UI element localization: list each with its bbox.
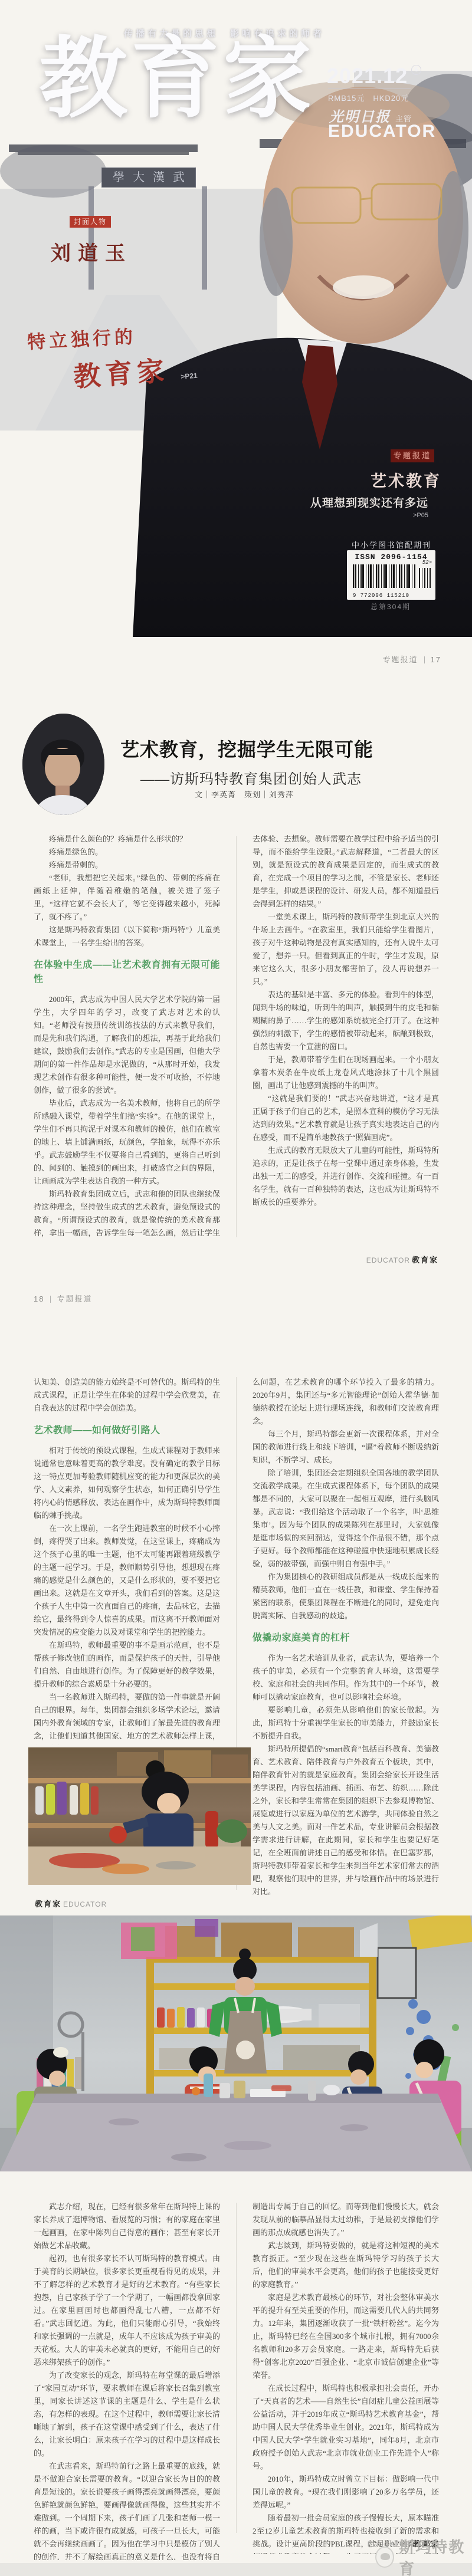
watermark: 斯玛特教育 bbox=[375, 2545, 472, 2569]
paragraph: 在一次上课前，一名学生跑进教室的时候不小心摔倒，疼得哭了出来。教师发觉，在这堂课… bbox=[34, 1522, 220, 1639]
classroom-photo-art bbox=[0, 1915, 472, 2171]
article-byline: 文｜李英菁 策划｜刘秀萍 bbox=[195, 788, 294, 800]
paragraph: 毕业后，武志成为一名美术教师，他将自己的所学所感融入课堂，带着学生们搞“实验”。… bbox=[34, 1097, 220, 1188]
paragraph: 为了改变家长的观念，斯玛特在每堂课的最后增添了“家园互动”环节，要求教师在课后将… bbox=[34, 2369, 220, 2460]
footer-educator: EDUCATOR bbox=[366, 1256, 410, 1264]
issn-barcode-box: ISSN 2096-1154 52> 9 772096 115210 bbox=[347, 550, 435, 600]
paragraph: 在武志看来，斯玛特前行之路上最重要的底线，就是不做迎合家长需要的教育。“以迎合家… bbox=[34, 2460, 220, 2560]
paragraph: 去体验、去想象。教师需要在教学过程中给予适当的引导，而不能给学生设限。”武志解释… bbox=[253, 833, 439, 911]
page18-footer: 教育家EDUCATOR bbox=[33, 1898, 107, 1909]
issue-date: 2021.126 bbox=[327, 64, 421, 88]
intro-line: 疼痛是什么颜色的？疼痛是什么形状的？ bbox=[34, 833, 220, 846]
page19-left-column: 武志介绍，现在，已经有很多常年在斯玛特上课的家长养成了逛博物馆、看展览的习惯；有… bbox=[34, 2200, 220, 2560]
page17-header-label: 专题报道 bbox=[383, 655, 418, 664]
page17-number: 17 bbox=[431, 655, 441, 664]
intro-line: 疼痛是绿色的。 bbox=[34, 846, 220, 859]
page17-column-rule bbox=[236, 836, 237, 1237]
paragraph: 2010年，斯玛特成立时曾立下目标：做影响一代中国儿童的教育。“现在我们刚影响了… bbox=[253, 2473, 439, 2512]
barcode-digits: 9 772096 115210 bbox=[347, 593, 415, 599]
barcode-addon bbox=[419, 568, 431, 588]
distribution-note: 中小学图书馆配期刊 bbox=[352, 539, 431, 550]
paragraph: 家庭是艺术教育最核心的环节，对社会整体审美水平的提升有至关重要的作用，而这需要几… bbox=[253, 2291, 439, 2382]
feature-badge: 专题报道 bbox=[391, 449, 434, 462]
paragraph: 于是，教师带着学生们在现场画起来。一个小朋友拿着木炭条在牛皮纸上龙卷风式地涂抹了… bbox=[253, 1053, 439, 1092]
smart-education-logo-icon bbox=[375, 2547, 394, 2568]
cover-calligraphy-text: 教育家 bbox=[73, 356, 170, 392]
header-divider bbox=[424, 656, 425, 663]
paragraph: 在成长过程中，斯玛特也积极承担社会责任，开办了“天真者的艺术——自然生长”自闭症… bbox=[253, 2382, 439, 2473]
intro-line: 疼痛是带刺的。 bbox=[34, 859, 220, 872]
girl-painting-photo bbox=[28, 1747, 251, 1885]
page17-left-column: 疼痛是什么颜色的？疼痛是什么形状的？ 疼痛是绿色的。 疼痛是带刺的。 “老师，我… bbox=[34, 833, 220, 1241]
cover-person-name: 刘道玉 bbox=[51, 237, 132, 266]
paragraph: 生成式的教育无限放大了儿童的可能性，斯玛特所追求的，正是让孩子在每一堂课中通过亲… bbox=[253, 1144, 439, 1209]
section-heading: 艺术教师——如何做好引路人 bbox=[34, 1424, 220, 1438]
footer-jiaoyujia: 教育家 bbox=[35, 1900, 61, 1908]
cover-page-ref-21: >P21 bbox=[181, 372, 198, 381]
paragraph: 在斯玛特，教师最重要的事不是画示范画，也不是帮孩子修改他们的画作，而是保护孩子的… bbox=[34, 1639, 220, 1691]
paragraph: 武志谈到，斯玛特要做的，就是将这种短视的美术教育扳正。“至少现在这些在斯玛特学习… bbox=[253, 2239, 439, 2291]
paragraph: 制造出专属于自己的回忆。而等到他们慢慢长大，就会发现从前的临摹品显得太过幼稚，于… bbox=[253, 2200, 439, 2239]
paragraph: “这就是我们要的！”武志兴奋地讲道，“这才是真正属于孩子们自己的艺术，是照本宣科… bbox=[253, 1092, 439, 1144]
paragraph: 相对于传统的预设式课程，生成式课程对于教师来说通常也意味着更高的教学难度。没有确… bbox=[34, 1444, 220, 1522]
magazine-title-en: EDUCATOR bbox=[328, 121, 436, 142]
paragraph: 斯玛特所提倡的“smart教育”包括百科教育、美德教育、艺术教育、陪伴教育与户外… bbox=[253, 1743, 439, 1895]
interviewee-avatar bbox=[22, 714, 104, 815]
paragraph: 武志介绍，现在，已经有很多常年在斯玛特上课的家长养成了逛博物馆、看展览的习惯；有… bbox=[34, 2200, 220, 2252]
article-subtitle: ——访斯玛特教育集团创始人武志 bbox=[140, 767, 362, 788]
paragraph: 除了培训，集团还会定期组织全国各地的教学团队交流教学成果。在生成式课程体系下，每… bbox=[253, 1467, 439, 1570]
issue-date-text: 2021.12 bbox=[327, 64, 408, 88]
page17-footer: EDUCATOR教育家 bbox=[366, 1254, 440, 1265]
magazine-cover: 传播有力量的思想 影响有追求的师者 教育家 2021.126 RMB15元 HK… bbox=[0, 0, 472, 637]
classroom-photo bbox=[0, 1915, 472, 2171]
feature-subtitle: 从理想到现实还有多远 bbox=[310, 494, 428, 510]
girl-painting-photo-art bbox=[28, 1747, 251, 1885]
page17-header: 专题报道17 bbox=[383, 653, 441, 665]
paragraph: 作为一名艺术培训从业者，武志认为，要培养一个孩子的审美，必须有一个完整的育人环境… bbox=[253, 1652, 439, 1704]
section-heading: 做撬动家庭美育的杠杆 bbox=[253, 1631, 439, 1645]
magazine-title: 教育家 bbox=[39, 34, 315, 123]
magazine-scan: 传播有力量的思想 影响有追求的师者 教育家 2021.126 RMB15元 HK… bbox=[0, 0, 472, 2576]
paragraph: 要影响儿童，必须先从影响他们的家长做起。为此，斯玛特十分重视学生家长的审美能力，… bbox=[253, 1704, 439, 1743]
section-heading: 在体验中生成——让艺术教育拥有无限可能性 bbox=[34, 958, 220, 987]
paragraph: 表达的基础是丰富、多元的体验。看到牛的体型，闻到牛场的味道，听到牛的叫声，触摸到… bbox=[253, 988, 439, 1053]
paragraph: 这是斯玛特教育集团（以下简称“斯玛特”）儿童美术课堂上，一名学生给出的答案。 bbox=[34, 924, 220, 949]
footer-jiaoyujia: 教育家 bbox=[412, 1256, 438, 1264]
paragraph: 起初，也有很多家长不认可斯玛特的教育模式。由于美育的长期缺位，很多家长更重视看得… bbox=[34, 2252, 220, 2369]
issue-total: 总第304期 bbox=[371, 602, 411, 612]
cover-price: RMB15元 HKD20元 bbox=[328, 92, 409, 103]
page17-right-column: 去体验、去想象。教师需要在教学过程中给予适当的引导，而不能给学生设限。”武志解释… bbox=[253, 833, 439, 1210]
feature-title: 艺术教育 bbox=[371, 468, 441, 491]
cover-person-badge: 封面人物 bbox=[70, 216, 111, 228]
gate-plaque: 學大漢武 bbox=[101, 167, 196, 188]
page19-column-rule bbox=[236, 2203, 237, 2533]
header-divider bbox=[50, 1296, 51, 1303]
paragraph: 当一名教师进入斯玛特，要做的第一件事就是开阔自己的眼界。每年，集团都会组织多场学… bbox=[34, 1691, 220, 1745]
page18-left-column: 认知美、创造美的能力始终是不可替代的。斯玛特的生成式课程，正是让学生在体验的过程… bbox=[34, 1376, 220, 1745]
page18-right-column: 么问题，在艺术教育的哪个环节投入了最多的精力。2020年9月，集团还与“多元智能… bbox=[253, 1376, 439, 1895]
page18-number: 18 bbox=[34, 1294, 44, 1303]
paragraph: 每三个月，斯玛特都会更新一次课程体系，并对全国的教师进行线上和线下培训，“逼”着… bbox=[253, 1428, 439, 1467]
barcode-addon-number: 52> bbox=[422, 560, 432, 566]
paragraph: 么问题，在艺术教育的哪个环节投入了最多的精力。2020年9月，集团还与“多元智能… bbox=[253, 1376, 439, 1428]
feature-page-ref: >P05 bbox=[413, 512, 428, 519]
paragraph: “老师，我想把它关起来。”绿色的、带刺的疼痛在画纸上延伸，伴随着稚嫩的笔触，被关… bbox=[34, 872, 220, 924]
barcode bbox=[353, 564, 415, 588]
page18-header-label: 专题报道 bbox=[57, 1294, 92, 1303]
paragraph: 一堂美术课上，斯玛特的教师带学生到北京大兴的牛场上去画牛。“在教室里，我们只能给… bbox=[253, 911, 439, 988]
paragraph: 认知美、创造美的能力始终是不可替代的。斯玛特的生成式课程，正是让学生在体验的过程… bbox=[34, 1376, 220, 1415]
watermark-text: 斯玛特教育 bbox=[399, 2535, 472, 2576]
page19-right-column: 制造出专属于自己的回忆。而等到他们慢慢长大，就会发现从前的临摹品显得太过幼稚，于… bbox=[253, 2200, 439, 2554]
article-title: 艺术教育，挖掘学生无限可能 bbox=[120, 735, 373, 762]
paragraph: 作为集团核心的教研组成员都是从一线成长起来的精英教师，他们一直在一线任教，和课堂… bbox=[253, 1570, 439, 1622]
footer-educator: EDUCATOR bbox=[63, 1900, 107, 1908]
page18-header: 18专题报道 bbox=[34, 1293, 92, 1304]
paragraph: 斯玛特教育集团成立后，武志和他的团队也继续保持这种理念，坚持做生成式的艺术教育，… bbox=[34, 1188, 220, 1241]
cover-divider-line bbox=[328, 88, 411, 89]
avatar-photo-art bbox=[22, 714, 104, 815]
issue-mark: 6 bbox=[411, 65, 421, 75]
paragraph: 2000年，武志成为中国人民大学艺术学院的第一届学生，大学四年的学习，改变了武志… bbox=[34, 993, 220, 1097]
paragraph: 武志认为，审美能力和创造力将是未来人类社会的核心竞争力。随着科技的不断发展，越来… bbox=[253, 1209, 439, 1210]
